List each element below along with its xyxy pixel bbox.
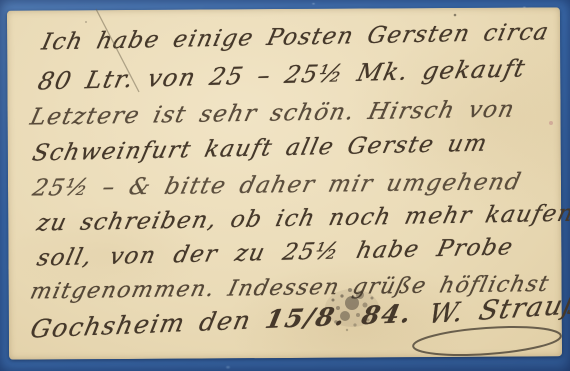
dateline-date: 15/8. 84. xyxy=(263,299,415,334)
message-line-1: Ich habe einige Posten Gersten circa xyxy=(39,19,552,55)
message-line-4: Schweinfurt kauft alle Gerste um xyxy=(30,131,491,167)
message-line-5: 25½ – & bitte daher mir umgehend xyxy=(30,169,524,201)
dateline-place: Gochsheim den xyxy=(28,306,254,344)
message-line-3: Letztere ist sehr schön. Hirsch von xyxy=(28,97,518,131)
message-line-7: soll, von der zu 25½ habe Probe xyxy=(35,234,517,271)
message-line-2: 80 Ltr. von 25 – 25½ Mk. gekauft xyxy=(35,54,528,95)
message-line-6: zu schreiben, ob ich noch mehr kaufen xyxy=(34,201,570,237)
dateline: Gochsheim den 15/8. 84. xyxy=(28,299,415,344)
scanned-postcard-photo: Ich habe einige Posten Gersten circa 80 … xyxy=(0,0,570,371)
postcard: Ich habe einige Posten Gersten circa 80 … xyxy=(7,7,562,359)
